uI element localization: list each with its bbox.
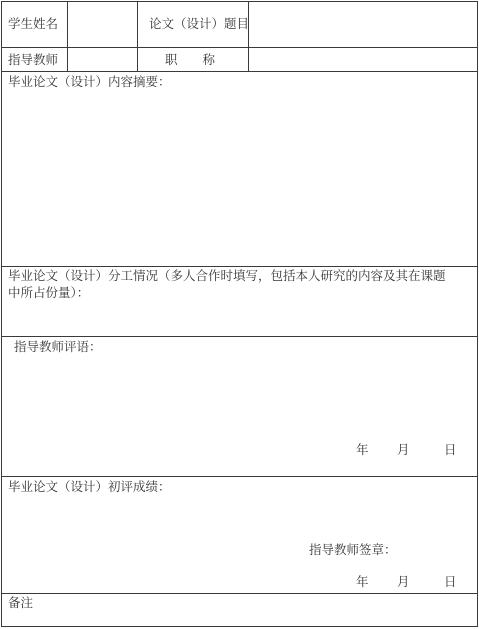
advisor-comment-label: 指导教师评语： [14,339,102,355]
division-field[interactable] [2,302,477,336]
comment-month: 月 [397,442,410,458]
advisor-signature-label: 指导教师签章： [309,542,397,558]
comment-day: 日 [444,442,457,458]
row-divider [1,476,477,477]
thesis-title-field[interactable] [249,2,477,47]
student-name-label: 学生姓名 [8,16,58,32]
row-divider [1,336,477,337]
comment-year: 年 [356,442,369,458]
abstract-field[interactable] [2,92,477,266]
table-border-right [477,1,478,627]
initial-grade-field[interactable] [2,497,477,537]
division-label-line1: 毕业论文（设计）分工情况（多人合作时填写，包括本人研究的内容及其在课题 [8,268,446,284]
student-name-field[interactable] [68,2,137,47]
advisor-label: 指导教师 [8,52,58,68]
grade-year: 年 [356,574,369,590]
table-border-bottom [1,626,477,627]
advisor-comment-field[interactable] [2,357,477,437]
grade-day: 日 [444,574,457,590]
advisor-field[interactable] [68,48,137,71]
title-field[interactable] [249,48,477,71]
column-divider [137,1,138,72]
row-divider [1,71,477,72]
grade-month: 月 [397,574,410,590]
title-label: 职 称 [165,52,215,68]
thesis-title-label: 论文（设计）题目 [149,16,249,32]
abstract-label: 毕业论文（设计）内容摘要： [8,74,171,90]
remarks-field[interactable] [40,594,477,626]
initial-grade-label: 毕业论文（设计）初评成绩： [8,479,171,495]
row-divider [1,266,477,267]
division-label-line2: 中所占份量）： [8,285,89,301]
remarks-label: 备注 [8,595,33,611]
